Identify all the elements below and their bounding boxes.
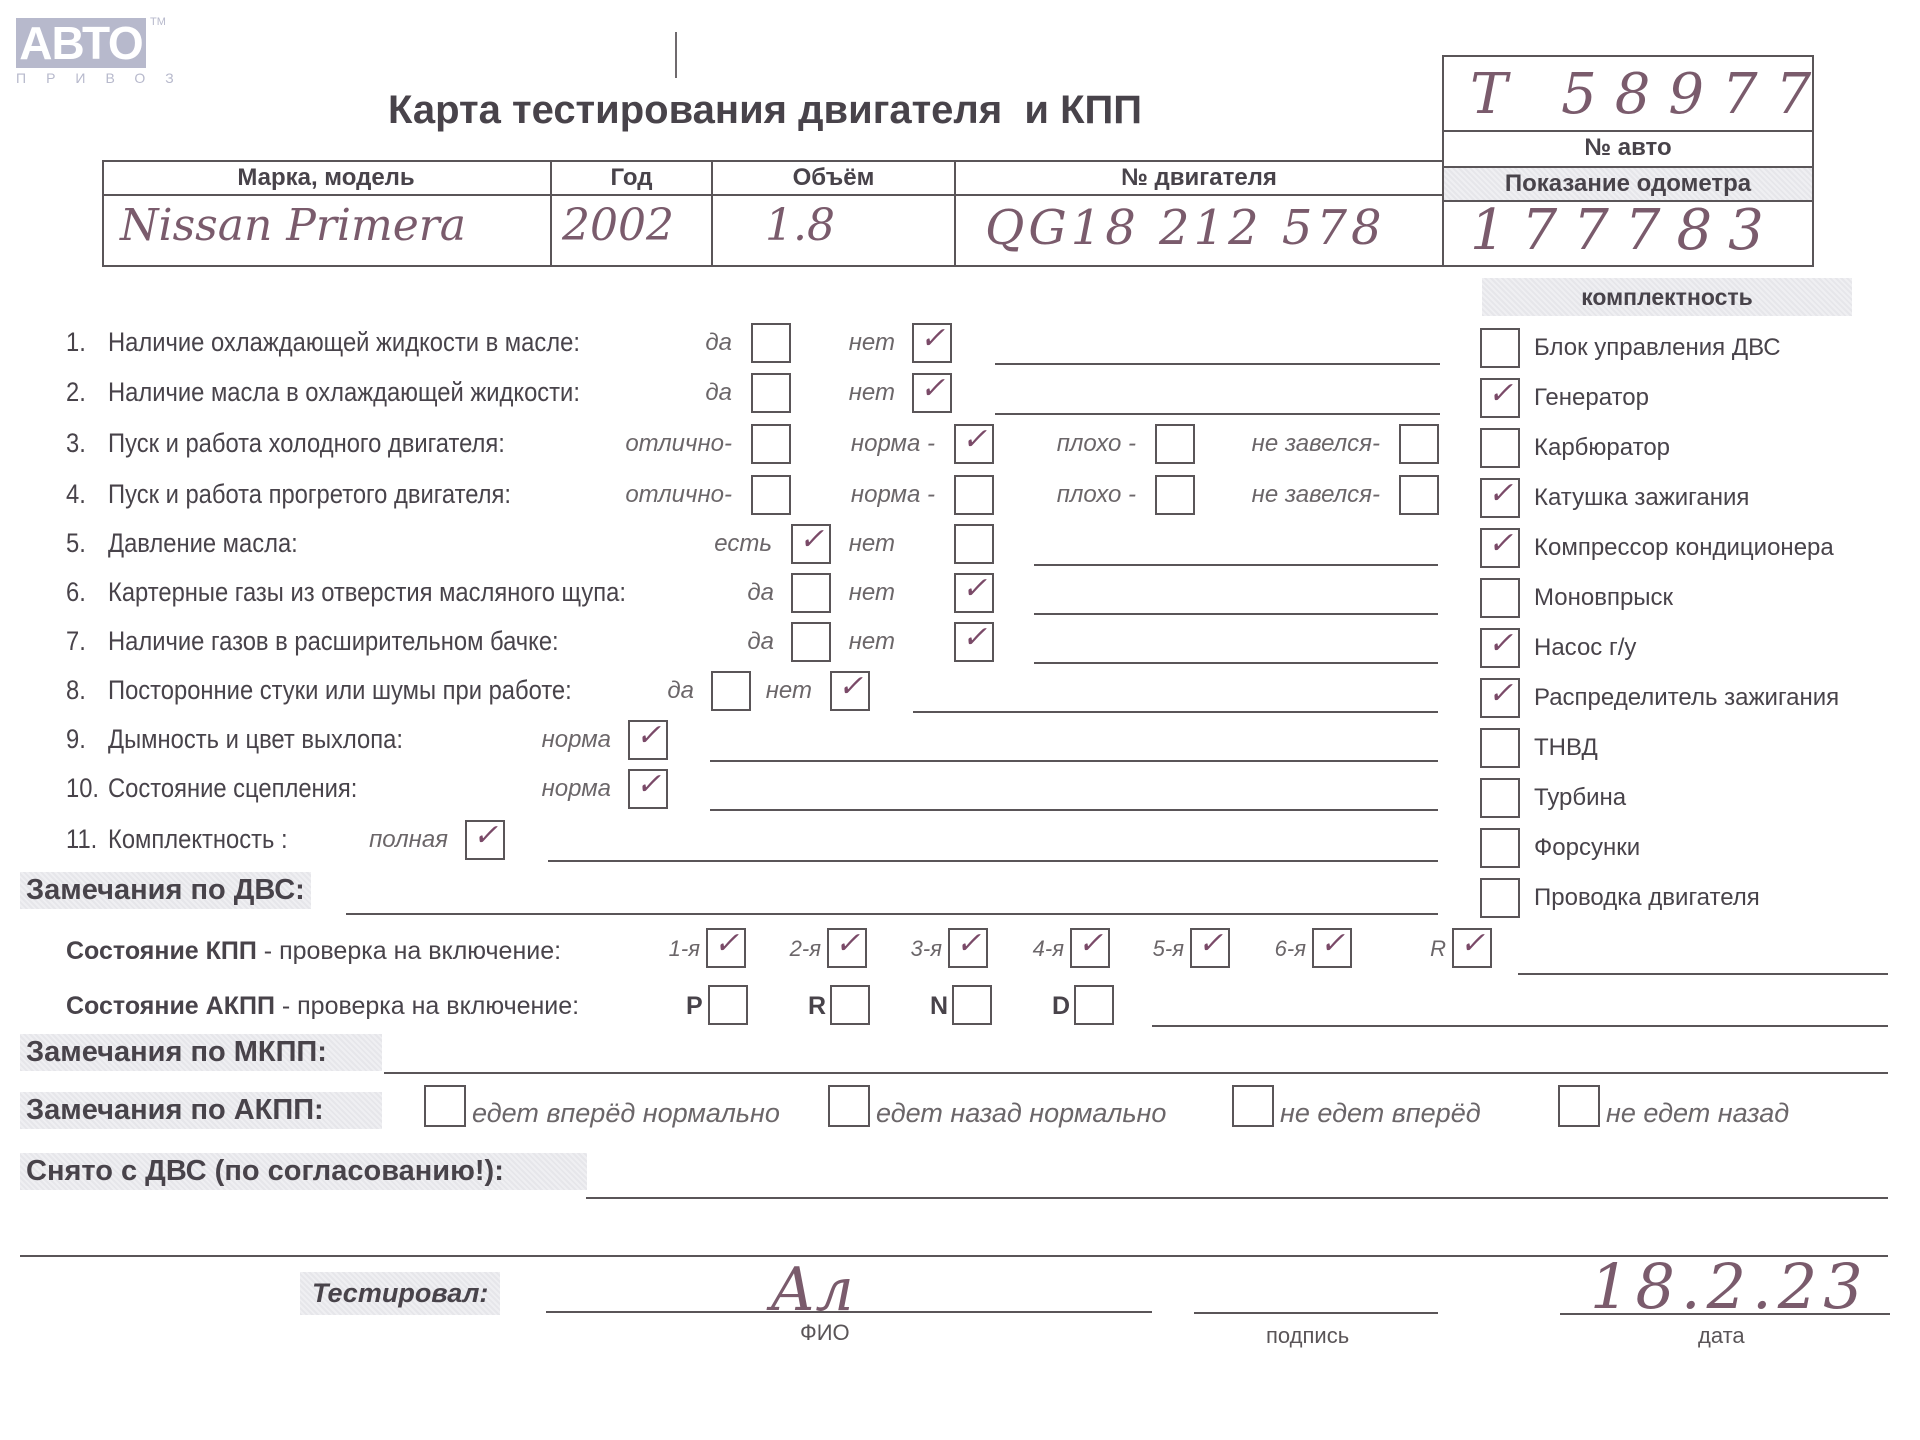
header-make-model: Марка, модель (102, 164, 550, 192)
checkbox[interactable] (1232, 1085, 1274, 1127)
check-number: 5. (66, 528, 86, 559)
header-engine-number: № двигателя (956, 164, 1442, 192)
checkbox[interactable] (1399, 475, 1439, 515)
check-question: Комплектность : (108, 824, 288, 855)
logo: АВТО (16, 18, 146, 68)
completeness-item: Компрессор кондиционера (1534, 534, 1834, 562)
page-title: Карта тестирования двигателя и КПП (388, 88, 1142, 133)
option-label: нет (735, 628, 895, 656)
auto-remark-option: едет вперёд нормально (472, 1098, 780, 1129)
check-question: Посторонние стуки или шумы при работе: (108, 675, 572, 706)
auto-remark-option: не едет назад (1606, 1098, 1789, 1129)
divider (1442, 130, 1814, 132)
check-number: 4. (66, 479, 86, 510)
check-mark-icon: ✓ (1320, 926, 1345, 961)
option-label: норма (451, 775, 611, 803)
auto-gearbox-title: Состояние АКПП (66, 992, 275, 1020)
completeness-item: Моновпрыск (1534, 584, 1673, 612)
manual-gearbox-title: Состояние КПП (66, 937, 257, 965)
notes-line[interactable] (710, 760, 1438, 762)
option-label: плохо - (976, 481, 1136, 509)
manual-gearbox-label: Состояние КПП - проверка на включение: (66, 937, 561, 966)
check-mark-icon: ✓ (636, 767, 661, 802)
date-caption: дата (1698, 1323, 1745, 1349)
check-mark-icon: ✓ (835, 926, 860, 961)
checkbox[interactable]: ✓ (954, 622, 994, 662)
check-mark-icon: ✓ (1488, 376, 1513, 411)
option-label: нет (735, 530, 895, 558)
gear-label: 1-я (660, 936, 700, 962)
checkbox[interactable] (1074, 985, 1114, 1025)
check-mark-icon: ✓ (962, 571, 987, 606)
auto-gearbox-desc: - проверка на включение: (275, 992, 579, 1020)
check-mark-icon: ✓ (1488, 526, 1513, 561)
completeness-item: Генератор (1534, 384, 1649, 412)
checkbox[interactable] (1480, 328, 1520, 368)
gear-label: 5-я (1144, 936, 1184, 962)
checkbox[interactable] (1480, 728, 1520, 768)
option-label: нет (652, 677, 812, 705)
make-model-value[interactable]: Nissan Primera (120, 200, 466, 251)
check-mark-icon: ✓ (636, 718, 661, 753)
check-mark-icon: ✓ (956, 926, 981, 961)
check-question: Наличие охлаждающей жидкости в масле: (108, 327, 580, 358)
remarks-manual-label: Замечания по МКПП: (20, 1034, 382, 1071)
position-label: D (1052, 992, 1070, 1021)
check-number: 10. (66, 773, 99, 804)
checkbox[interactable] (708, 985, 748, 1025)
completeness-item: Карбюратор (1534, 434, 1670, 462)
remarks-engine-line[interactable] (346, 913, 1438, 915)
checkbox[interactable] (1155, 424, 1195, 464)
checkbox[interactable]: ✓ (954, 573, 994, 613)
tested-by-label: Тестировал: (300, 1272, 500, 1315)
checkbox[interactable]: ✓ (1480, 378, 1520, 418)
check-number: 7. (66, 626, 86, 657)
option-label: не завелся- (1220, 481, 1380, 509)
signature-caption: подпись (1266, 1323, 1349, 1349)
option-label: отлично- (572, 481, 732, 509)
checkbox[interactable]: ✓ (830, 671, 870, 711)
notes-line[interactable] (1034, 662, 1438, 664)
completeness-item: Распределитель зажигания (1534, 684, 1839, 712)
check-mark-icon: ✓ (1198, 926, 1223, 961)
signature-line[interactable] (1194, 1312, 1438, 1314)
notes-line[interactable] (548, 860, 1438, 862)
removed-label: Снято с ДВС (по согласованию!): (20, 1153, 587, 1190)
notes-line[interactable] (995, 363, 1440, 365)
completeness-item: Турбина (1534, 784, 1626, 812)
check-question: Дымность и цвет выхлопа: (108, 724, 403, 755)
completeness-item: Насос г/у (1534, 634, 1636, 662)
completeness-item: ТНВД (1534, 734, 1598, 762)
checkbox[interactable]: ✓ (1312, 928, 1352, 968)
check-mark-icon: ✓ (1460, 926, 1485, 961)
notes-line[interactable] (710, 809, 1438, 811)
remarks-engine-label: Замечания по ДВС: (20, 872, 311, 909)
gear-label: 4-я (1024, 936, 1064, 962)
check-number: 3. (66, 428, 86, 459)
checkbox[interactable] (1480, 878, 1520, 918)
remarks-auto-label: Замечания по АКПП: (20, 1092, 382, 1129)
checkbox[interactable]: ✓ (1452, 928, 1492, 968)
checkbox[interactable]: ✓ (465, 820, 505, 860)
check-mark-icon: ✓ (1488, 476, 1513, 511)
manual-gearbox-desc: - проверка на включение: (257, 937, 561, 965)
check-number: 6. (66, 577, 86, 608)
checkbox[interactable] (1480, 578, 1520, 618)
option-label: полная (288, 826, 448, 854)
auto-gearbox-notes-line[interactable] (1152, 1025, 1888, 1027)
check-question: Наличие масла в охлаждающей жидкости: (108, 377, 580, 408)
notes-line[interactable] (995, 413, 1440, 415)
gear-label: R (1406, 936, 1446, 962)
checkbox[interactable] (954, 524, 994, 564)
odometer-label: Показание одометра (1444, 168, 1812, 200)
completeness-item: Форсунки (1534, 834, 1640, 862)
notes-line[interactable] (913, 711, 1438, 713)
option-label: нет (735, 379, 895, 407)
notes-line[interactable] (1034, 613, 1438, 615)
header-year: Год (552, 164, 711, 192)
auto-gearbox-label: Состояние АКПП - проверка на включение: (66, 992, 579, 1021)
removed-line[interactable] (586, 1197, 1888, 1199)
option-label: норма - (775, 430, 935, 458)
checkbox[interactable]: ✓ (1480, 528, 1520, 568)
checkbox[interactable]: ✓ (628, 720, 668, 760)
check-mark-icon: ✓ (920, 321, 945, 356)
checkbox[interactable]: ✓ (1190, 928, 1230, 968)
option-label: нет (735, 329, 895, 357)
check-mark-icon: ✓ (1488, 626, 1513, 661)
check-mark-icon: ✓ (962, 620, 987, 655)
notes-line[interactable] (1034, 564, 1438, 566)
auto-remark-option: едет назад нормально (876, 1098, 1166, 1129)
fio-signature: Ал (770, 1255, 854, 1325)
option-label: норма (451, 726, 611, 754)
checkbox[interactable] (424, 1085, 466, 1127)
checkbox[interactable] (1480, 828, 1520, 868)
checkbox[interactable]: ✓ (1480, 628, 1520, 668)
checkbox[interactable]: ✓ (948, 928, 988, 968)
gear-label: 6-я (1266, 936, 1306, 962)
checkbox[interactable]: ✓ (706, 928, 746, 968)
check-number: 8. (66, 675, 86, 706)
auto-number-label: № авто (1442, 134, 1814, 162)
gear-label: 3-я (902, 936, 942, 962)
volume-value[interactable]: 1.8 (765, 200, 835, 251)
option-label: да (572, 379, 732, 407)
checkbox[interactable]: ✓ (628, 769, 668, 809)
checkbox[interactable] (952, 985, 992, 1025)
checkbox[interactable] (1558, 1085, 1600, 1127)
divider (675, 32, 677, 78)
logo-trademark: TM (150, 16, 166, 28)
check-question: Состояние сцепления: (108, 773, 357, 804)
checkbox[interactable] (1399, 424, 1439, 464)
check-number: 2. (66, 377, 86, 408)
checkbox[interactable]: ✓ (912, 323, 952, 363)
check-question: Пуск и работа прогретого двигателя: (108, 479, 511, 510)
position-label: R (808, 992, 826, 1021)
date-value[interactable]: 18.2.23 (1590, 1250, 1869, 1323)
fio-caption: ФИО (800, 1320, 850, 1346)
checkbox[interactable] (1480, 428, 1520, 468)
check-mark-icon: ✓ (1078, 926, 1103, 961)
check-mark-icon: ✓ (920, 371, 945, 406)
auto-number-value[interactable]: Т 58977 (1470, 62, 1829, 127)
checkbox[interactable] (1155, 475, 1195, 515)
year-value[interactable]: 2002 (562, 200, 674, 251)
check-mark-icon: ✓ (473, 818, 498, 853)
check-number: 11. (66, 824, 97, 855)
checkbox[interactable] (828, 1085, 870, 1127)
checkbox[interactable]: ✓ (1480, 678, 1520, 718)
logo-subtitle: ПРИВОЗ (16, 70, 194, 86)
gear-label: 2-я (781, 936, 821, 962)
header-volume: Объём (713, 164, 954, 192)
option-label: нет (735, 579, 895, 607)
position-label: P (686, 992, 703, 1021)
checkbox[interactable]: ✓ (1070, 928, 1110, 968)
check-number: 1. (66, 327, 86, 358)
checkbox[interactable]: ✓ (912, 373, 952, 413)
completeness-item: Проводка двигателя (1534, 884, 1760, 912)
checkbox[interactable]: ✓ (827, 928, 867, 968)
option-label: плохо - (976, 430, 1136, 458)
check-number: 9. (66, 724, 86, 755)
check-mark-icon: ✓ (1488, 676, 1513, 711)
gearbox-notes-line[interactable] (1518, 973, 1888, 975)
checkbox[interactable] (830, 985, 870, 1025)
check-question: Давление масла: (108, 528, 298, 559)
check-question: Пуск и работа холодного двигателя: (108, 428, 505, 459)
position-label: N (930, 992, 948, 1021)
check-mark-icon: ✓ (714, 926, 739, 961)
option-label: не завелся- (1220, 430, 1380, 458)
option-label: норма - (775, 481, 935, 509)
checkbox[interactable] (1480, 778, 1520, 818)
option-label: да (572, 329, 732, 357)
check-question: Картерные газы из отверстия масляного щу… (108, 577, 626, 608)
option-label: отлично- (572, 430, 732, 458)
odometer-value[interactable]: 177783 (1470, 198, 1780, 263)
checkbox[interactable]: ✓ (1480, 478, 1520, 518)
remarks-manual-line[interactable] (384, 1072, 1888, 1074)
engine-number-value[interactable]: QG18 212 578 (985, 200, 1386, 256)
check-question: Наличие газов в расширительном бачке: (108, 626, 559, 657)
auto-remark-option: не едет вперёд (1280, 1098, 1481, 1129)
divider (102, 194, 1444, 196)
completeness-title: комплектность (1482, 278, 1852, 316)
check-mark-icon: ✓ (838, 669, 863, 704)
completeness-item: Катушка зажигания (1534, 484, 1749, 512)
completeness-item: Блок управления ДВС (1534, 334, 1781, 362)
